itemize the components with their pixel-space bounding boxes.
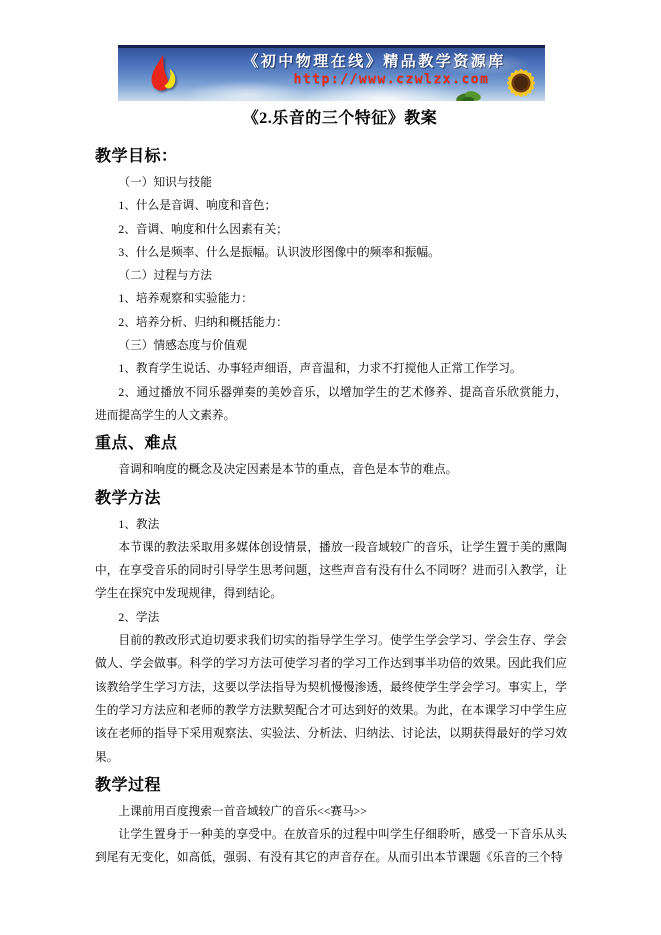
paragraph: 让学生置身于一种美的享受中。在放音乐的过程中叫学生仔细聆听，感受一下音乐从头到尾… <box>95 823 567 870</box>
site-banner: 《初中物理在线》精品教学资源库 http://www.czwlzx.com <box>118 45 545 101</box>
paragraph: 2、学法 <box>95 606 567 629</box>
site-url: http://www.czwlzx.com <box>218 72 531 88</box>
paragraph: 2、通过播放不同乐器弹奏的美妙音乐，以增加学生的艺术修养、提高音乐欣赏能力，进而… <box>95 381 567 428</box>
paragraph: 2、音调、响度和什么因素有关； <box>95 218 567 241</box>
heading-teaching-process: 教学过程 <box>95 774 567 798</box>
paragraph: 1、什么是音调、响度和音色； <box>95 194 567 217</box>
paragraph: （三）情感态度与价值观 <box>95 334 567 357</box>
paragraph: 音调和响度的概念及决定因素是本节的重点，音色是本节的难点。 <box>95 458 567 481</box>
logo-flame-icon <box>142 53 186 95</box>
paragraph: 3、什么是频率、什么是振幅。认识波形图像中的频率和振幅。 <box>95 241 567 264</box>
document-title: 《2.乐音的三个特征》教案 <box>95 106 585 132</box>
banner-text: 《初中物理在线》精品教学资源库 http://www.czwlzx.com <box>218 53 531 88</box>
paragraph: 1、培养观察和实验能力： <box>95 287 567 310</box>
site-name: 《初中物理在线》精品教学资源库 <box>218 53 531 72</box>
leaves-icon <box>455 86 483 101</box>
paragraph: （一）知识与技能 <box>95 171 567 194</box>
paragraph: 1、教育学生说话、办事轻声细语，声音温和，力求不打搅他人正常工作学习。 <box>95 357 567 380</box>
paragraph: （二）过程与方法 <box>95 264 567 287</box>
document-content: 教学目标： （一）知识与技能 1、什么是音调、响度和音色； 2、音调、响度和什么… <box>95 140 567 870</box>
paragraph: 1、教法 <box>95 513 567 536</box>
heading-teaching-objectives: 教学目标： <box>95 145 567 169</box>
paragraph: 上课前用百度搜索一首音域较广的音乐<<赛马>> <box>95 800 567 823</box>
paragraph: 本节课的教法采取用多媒体创设情景，播放一段音域较广的音乐，让学生置于美的熏陶中，… <box>95 536 567 606</box>
heading-teaching-methods: 教学方法 <box>95 487 567 511</box>
heading-key-difficult-points: 重点、难点 <box>95 432 567 456</box>
paragraph: 2、培养分析、归纳和概括能力： <box>95 311 567 334</box>
paragraph: 目前的教改形式迫切要求我们切实的指导学生学习。使学生学会学习、学会生存、学会做人… <box>95 629 567 769</box>
